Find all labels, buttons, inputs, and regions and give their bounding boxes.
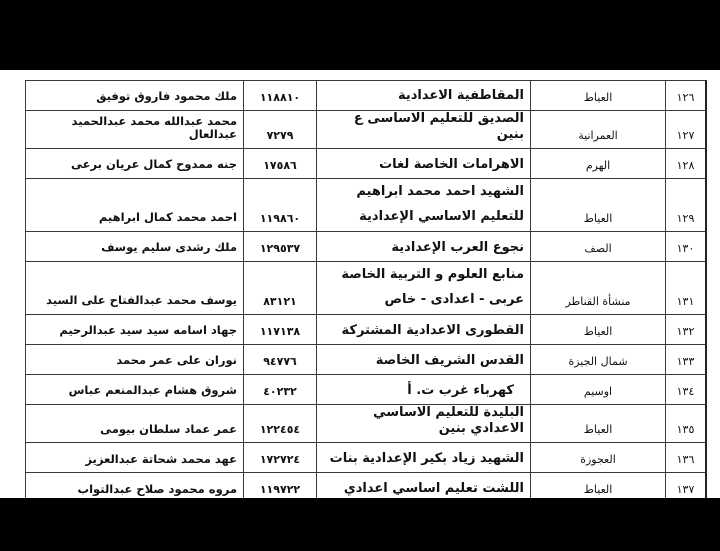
- student-name: عمر عماد سلطان بيومى: [26, 405, 244, 443]
- district: منشأة القناطر: [531, 262, 666, 315]
- seat-number: ٩٤٧٧٦: [244, 345, 317, 375]
- student-name: يوسف محمد عبدالفتاح على السيد: [26, 262, 244, 315]
- row-number: ١٢٩: [666, 179, 707, 232]
- district: الهرم: [531, 149, 666, 179]
- school-name: الاهرامات الخاصة لغات: [317, 149, 531, 179]
- student-name: محمد عبدالله محمد عبدالحميد عبدالعال: [26, 111, 244, 149]
- student-name: شروق هشام عبدالمنعم عباس: [26, 375, 244, 405]
- table-row: ١٣٤ اوسيم كهرباء غرب ت. أ ٤٠٢٣٢ شروق هشا…: [26, 375, 707, 405]
- student-name: ملك رشدى سليم يوسف: [26, 232, 244, 262]
- district: العمرانية: [531, 111, 666, 149]
- table-row: ١٢٩ العياط الشهيد احمد محمد ابراهيم للتع…: [26, 179, 707, 232]
- seat-number: ١١٨٨١٠: [244, 81, 317, 111]
- table-row: ١٢٨ الهرم الاهرامات الخاصة لغات ١٧٥٨٦ جن…: [26, 149, 707, 179]
- results-table-body: ١٢٦ العياط المقاطفية الاعدادية ١١٨٨١٠ مل…: [26, 81, 707, 503]
- student-name: نوران على عمر محمد: [26, 345, 244, 375]
- results-table: ١٢٦ العياط المقاطفية الاعدادية ١١٨٨١٠ مل…: [25, 80, 707, 503]
- student-name: جهاد اسامه سيد سيد عبدالرحيم: [26, 315, 244, 345]
- table-row: ١٢٧ العمرانية الصديق للتعليم الاساسى ع ب…: [26, 111, 707, 149]
- district: العياط: [531, 179, 666, 232]
- seat-number: ٧٢٧٩: [244, 111, 317, 149]
- table-row: ١٣٦ العجوزة الشهيد زياد بكير الإعدادية ب…: [26, 443, 707, 473]
- school-name: الشهيد احمد محمد ابراهيم للتعليم الاساسي…: [317, 179, 531, 232]
- district: الصف: [531, 232, 666, 262]
- school-name: الصديق للتعليم الاساسى ع بنين: [317, 111, 531, 149]
- row-number: ١٣٤: [666, 375, 707, 405]
- row-number: ١٣٦: [666, 443, 707, 473]
- seat-number: ١٢٢٤٥٤: [244, 405, 317, 443]
- student-name: ملك محمود فاروق توفيق: [26, 81, 244, 111]
- school-name: منابع العلوم و التربية الخاصة عربى - اعد…: [317, 262, 531, 315]
- row-number: ١٢٦: [666, 81, 707, 111]
- row-number: ١٣١: [666, 262, 707, 315]
- row-number: ١٣٢: [666, 315, 707, 345]
- table-row: ١٣١ منشأة القناطر منابع العلوم و التربية…: [26, 262, 707, 315]
- row-number: ١٢٨: [666, 149, 707, 179]
- table-row: ١٢٦ العياط المقاطفية الاعدادية ١١٨٨١٠ مل…: [26, 81, 707, 111]
- seat-number: ١١٩٨٦٠: [244, 179, 317, 232]
- school-name: القدس الشريف الخاصة: [317, 345, 531, 375]
- district: العياط: [531, 81, 666, 111]
- seat-number: ٤٠٢٣٢: [244, 375, 317, 405]
- student-name: احمد محمد كمال ابراهيم: [26, 179, 244, 232]
- seat-number: ١١٧١٣٨: [244, 315, 317, 345]
- school-name: نجوع العرب الإعدادية: [317, 232, 531, 262]
- student-name: جنه ممدوح كمال عريان برعى: [26, 149, 244, 179]
- row-number: ١٣٠: [666, 232, 707, 262]
- seat-number: ١٧٢٧٢٤: [244, 443, 317, 473]
- row-number: ١٣٥: [666, 405, 707, 443]
- table-row: ١٣٠ الصف نجوع العرب الإعدادية ١٢٩٥٣٧ ملك…: [26, 232, 707, 262]
- top-black-bar: [0, 0, 720, 70]
- school-name: المقاطفية الاعدادية: [317, 81, 531, 111]
- district: شمال الجيزة: [531, 345, 666, 375]
- seat-number: ٨٣١٢١: [244, 262, 317, 315]
- school-name: البليدة للتعليم الاساسي الاعدادي بنين: [317, 405, 531, 443]
- table-row: ١٣٥ العياط البليدة للتعليم الاساسي الاعد…: [26, 405, 707, 443]
- seat-number: ١٧٥٨٦: [244, 149, 317, 179]
- bottom-black-bar: [0, 498, 720, 551]
- district: العياط: [531, 315, 666, 345]
- table-row: ١٣٢ العياط القطورى الاعدادية المشتركة ١١…: [26, 315, 707, 345]
- school-name: القطورى الاعدادية المشتركة: [317, 315, 531, 345]
- school-name: الشهيد زياد بكير الإعدادية بنات: [317, 443, 531, 473]
- student-name: عهد محمد شحاتة عبدالعزيز: [26, 443, 244, 473]
- district: العجوزة: [531, 443, 666, 473]
- seat-number: ١٢٩٥٣٧: [244, 232, 317, 262]
- district: العياط: [531, 405, 666, 443]
- school-name: كهرباء غرب ت. أ: [317, 375, 531, 405]
- table-row: ١٣٣ شمال الجيزة القدس الشريف الخاصة ٩٤٧٧…: [26, 345, 707, 375]
- district: اوسيم: [531, 375, 666, 405]
- row-number: ١٣٣: [666, 345, 707, 375]
- row-number: ١٢٧: [666, 111, 707, 149]
